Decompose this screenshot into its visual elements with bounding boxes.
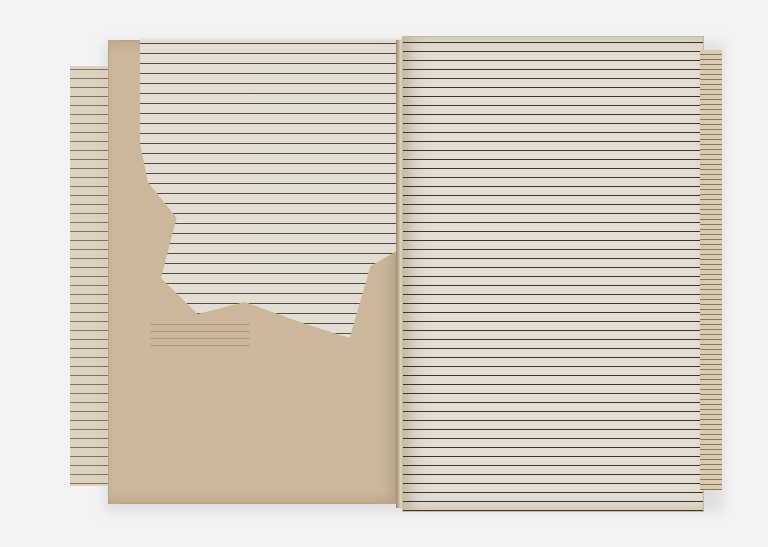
manuscript-photo: Open antique handwritten manuscript book…: [0, 0, 768, 547]
right-page-edges: [700, 50, 722, 490]
left-faint-writing: [150, 318, 250, 346]
right-handwritten-page: [402, 36, 704, 512]
image-description: Open antique handwritten manuscript book…: [0, 0, 1, 1]
